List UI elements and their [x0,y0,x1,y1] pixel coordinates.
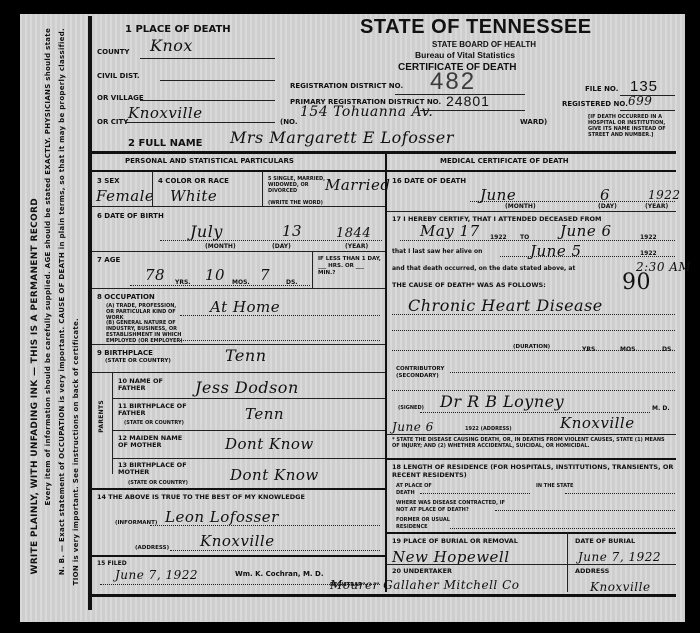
divider [565,493,675,494]
hospital-note: [If death occurred in a hospital or inst… [588,114,676,138]
personal-section-label: PERSONAL AND STATISTICAL PARTICULARS [125,158,294,165]
color-label: 4 COLOR OR RACE [158,177,229,185]
dob-year: 1844 [336,226,371,241]
attended-from: May 17 [420,222,480,240]
father-name-label: 10 NAME OF FATHER [118,378,178,392]
occupation-b-label: (b) General nature of industry, business… [106,320,186,344]
death-day-hint: (Day) [598,203,617,210]
dob-label: 6 DATE OF BIRTH [97,212,164,220]
divider [112,398,385,399]
signed-label: (Signed) [398,405,424,412]
death-year-hint: (Year) [645,203,668,210]
dob-day-hint: (Day) [272,243,291,250]
dob-year-hint: (Year) [345,243,368,250]
registered-no-label: Registered No. [562,100,628,108]
place-of-death-label: 1 PLACE OF DEATH [125,24,231,35]
divider [420,493,530,494]
divider [495,510,675,511]
father-birthplace-value: Tenn [245,405,284,423]
signed-year-label: 1922 (Address) [465,426,512,433]
father-name-value: Jess Dodson [195,378,299,397]
occupation-a-value: At Home [210,298,280,316]
divider [500,256,675,257]
former-residence-label: Former or usual residence [396,517,456,531]
divider [450,528,675,529]
divider [450,372,675,373]
dob-day: 13 [282,222,302,240]
burial-date-label: DATE OF BURIAL [575,538,635,545]
divider [90,151,676,154]
cause-age: 90 [622,270,651,295]
divider [92,206,385,207]
divider [92,555,385,557]
divider [112,458,385,459]
marital-value: Married [325,176,390,194]
dob-month-hint: (Month) [205,243,236,250]
where-contracted-label: Where was disease contracted, if not at … [396,500,506,514]
state-title: STATE OF TENNESSEE [360,16,592,39]
divider [170,550,380,551]
divider [92,170,385,172]
divider [160,240,382,241]
bureau-title: Bureau of Vital Statistics [415,50,515,60]
divider [92,251,385,252]
file-no: 135 [630,78,658,95]
dob-month: July [190,222,223,241]
cause-footnote: * State the DISEASE CAUSING DEATH, or, i… [392,437,674,449]
attended-to: June 6 [560,222,612,240]
divider [130,285,310,286]
death-year: 1922 [648,188,681,202]
mother-birthplace-value: Dont Know [230,466,319,484]
filed-label: 15 Filed [97,560,127,567]
divider [392,350,675,351]
column-divider [385,152,387,592]
undertaker-address-label: ADDRESS [575,568,609,575]
street-label: (No. [280,118,298,126]
divider [92,344,385,345]
informant-section-label: 14 THE ABOVE IS TRUE TO THE BEST OF MY K… [97,494,305,501]
address-value: Knoxville [200,532,275,550]
occupation-a-label: (a) Trade, profession, or particular kin… [106,303,181,321]
death-month-hint: (Month) [505,203,536,210]
parents-label: PARENTS [98,400,105,433]
margin-line-1: WRITE PLAINLY, WITH UNFADING INK — THIS … [30,198,40,575]
cause-value: Chronic Heart Disease [408,296,603,315]
divider [387,564,676,565]
divider [150,525,380,526]
address-label: (Address) [135,545,169,552]
county-label: County [97,48,129,56]
cause-label: The CAUSE OF DEATH* was as follows: [392,282,546,289]
filed-date: June 7, 1922 [115,568,198,582]
registration-district-label: Registration District No. [290,82,403,90]
burial-date-value: June 7, 1922 [578,550,661,564]
ward-label: Ward) [520,118,547,126]
divider [387,170,676,172]
divider [400,240,675,241]
primary-registration-number: 24801 [446,93,490,109]
divider [92,288,385,289]
divider [92,488,385,490]
divider [262,171,263,206]
divider [420,110,525,111]
residence-label: 18 LENGTH OF RESIDENCE (For Hospitals, I… [392,463,674,479]
birthplace-label: 9 BIRTHPLACE [97,349,153,357]
margin-instructions: WRITE PLAINLY, WITH UNFADING INK — THIS … [22,18,86,610]
registration-district-number: 482 [430,68,476,96]
occupation-label: 8 OCCUPATION [97,293,155,301]
divider [180,315,380,316]
date-of-death-label: 16 DATE OF DEATH [392,177,466,185]
divider [387,532,676,534]
less-than-day-label: If LESS than 1 day, ___ hrs. or ___ min.… [318,256,382,277]
margin-line-2: Every item of information should be care… [44,28,52,506]
city-value: Knoxville [128,104,203,122]
age-label: 7 AGE [97,256,120,264]
age-days: 7 [260,266,270,284]
age-years: 78 [145,266,165,284]
registered-no: 699 [628,94,652,108]
signed-value: Dr R B Loyney [440,392,564,411]
divider [420,412,650,413]
divider [125,122,275,123]
contributory-label: Contributory (SECONDARY) [396,366,451,380]
informant-value: Leon Lofosser [165,508,279,526]
signed-address: Knoxville [560,414,635,432]
mother-maiden-label: 12 MAIDEN NAME OF MOTHER [118,435,188,449]
death-occurred-label: and that death occurred, on the date sta… [392,265,575,272]
sex-value: Female [96,187,154,205]
divider [140,100,275,101]
sex-label: 3 SEX [97,177,120,185]
divider [392,314,675,315]
margin-line-3: N. B. — Exact statement of OCCUPATION is… [58,28,66,575]
street-value: 154 Tohuanna Av. [300,104,433,120]
divider [180,340,380,341]
undertaker-address-value: Knoxville [590,580,651,594]
civil-dist-label: Civil Dist. [97,72,140,80]
file-no-label: File No. [585,85,618,93]
divider [92,372,385,373]
age-months: 10 [205,266,225,284]
city-label: or City [97,118,128,126]
divider [470,201,675,202]
undertaker-label: 20 UNDERTAKER [392,568,452,575]
medical-section-label: MEDICAL CERTIFICATE OF DEATH [440,158,569,165]
at-place-label: At place of death [396,483,436,497]
last-saw: June 5 [530,242,582,260]
mother-birthplace-label: 13 BIRTHPLACE OF MOTHER [118,462,188,476]
birthplace-value: Tenn [225,346,267,365]
divider [152,171,153,206]
divider [387,458,676,460]
divider [387,434,676,435]
birthplace-hint: (State or country) [105,358,171,365]
last-saw-label: that I last saw her alive on [392,248,482,255]
mother-birthplace-hint: (State or country) [128,480,188,487]
full-name-value: Mrs Margarett E Lofosser [230,128,454,147]
father-birthplace-hint: (State or country) [124,420,184,427]
md-label: M. D. [652,405,670,412]
divider [392,390,675,391]
divider [90,594,676,597]
county-value: Knox [150,36,193,55]
divider [312,252,313,288]
color-value: White [170,187,217,205]
mother-maiden-value: Dont Know [225,435,314,453]
divider [392,330,675,331]
full-name-label: 2 FULL NAME [128,138,203,149]
divider [620,110,675,111]
divider [387,211,676,212]
margin-line-4: TION is very important. See instructions… [72,318,80,585]
signed-date: June 6 [392,420,434,434]
father-birthplace-label: 11 BIRTHPLACE OF FATHER [118,403,188,417]
in-state-label: In the State [536,483,576,490]
undertaker-value: Mourer Gallaher Mitchell Co [330,578,519,592]
divider [160,80,275,81]
divider [567,532,568,592]
burial-place-label: 19 PLACE OF BURIAL OR REMOVAL [392,538,518,545]
registrar-name: Wm. K. Cochran, M. D. [235,570,324,578]
divider [140,58,275,59]
board-title: STATE BOARD OF HEALTH [432,40,536,49]
village-label: or Village [97,94,144,102]
divider [112,430,385,431]
